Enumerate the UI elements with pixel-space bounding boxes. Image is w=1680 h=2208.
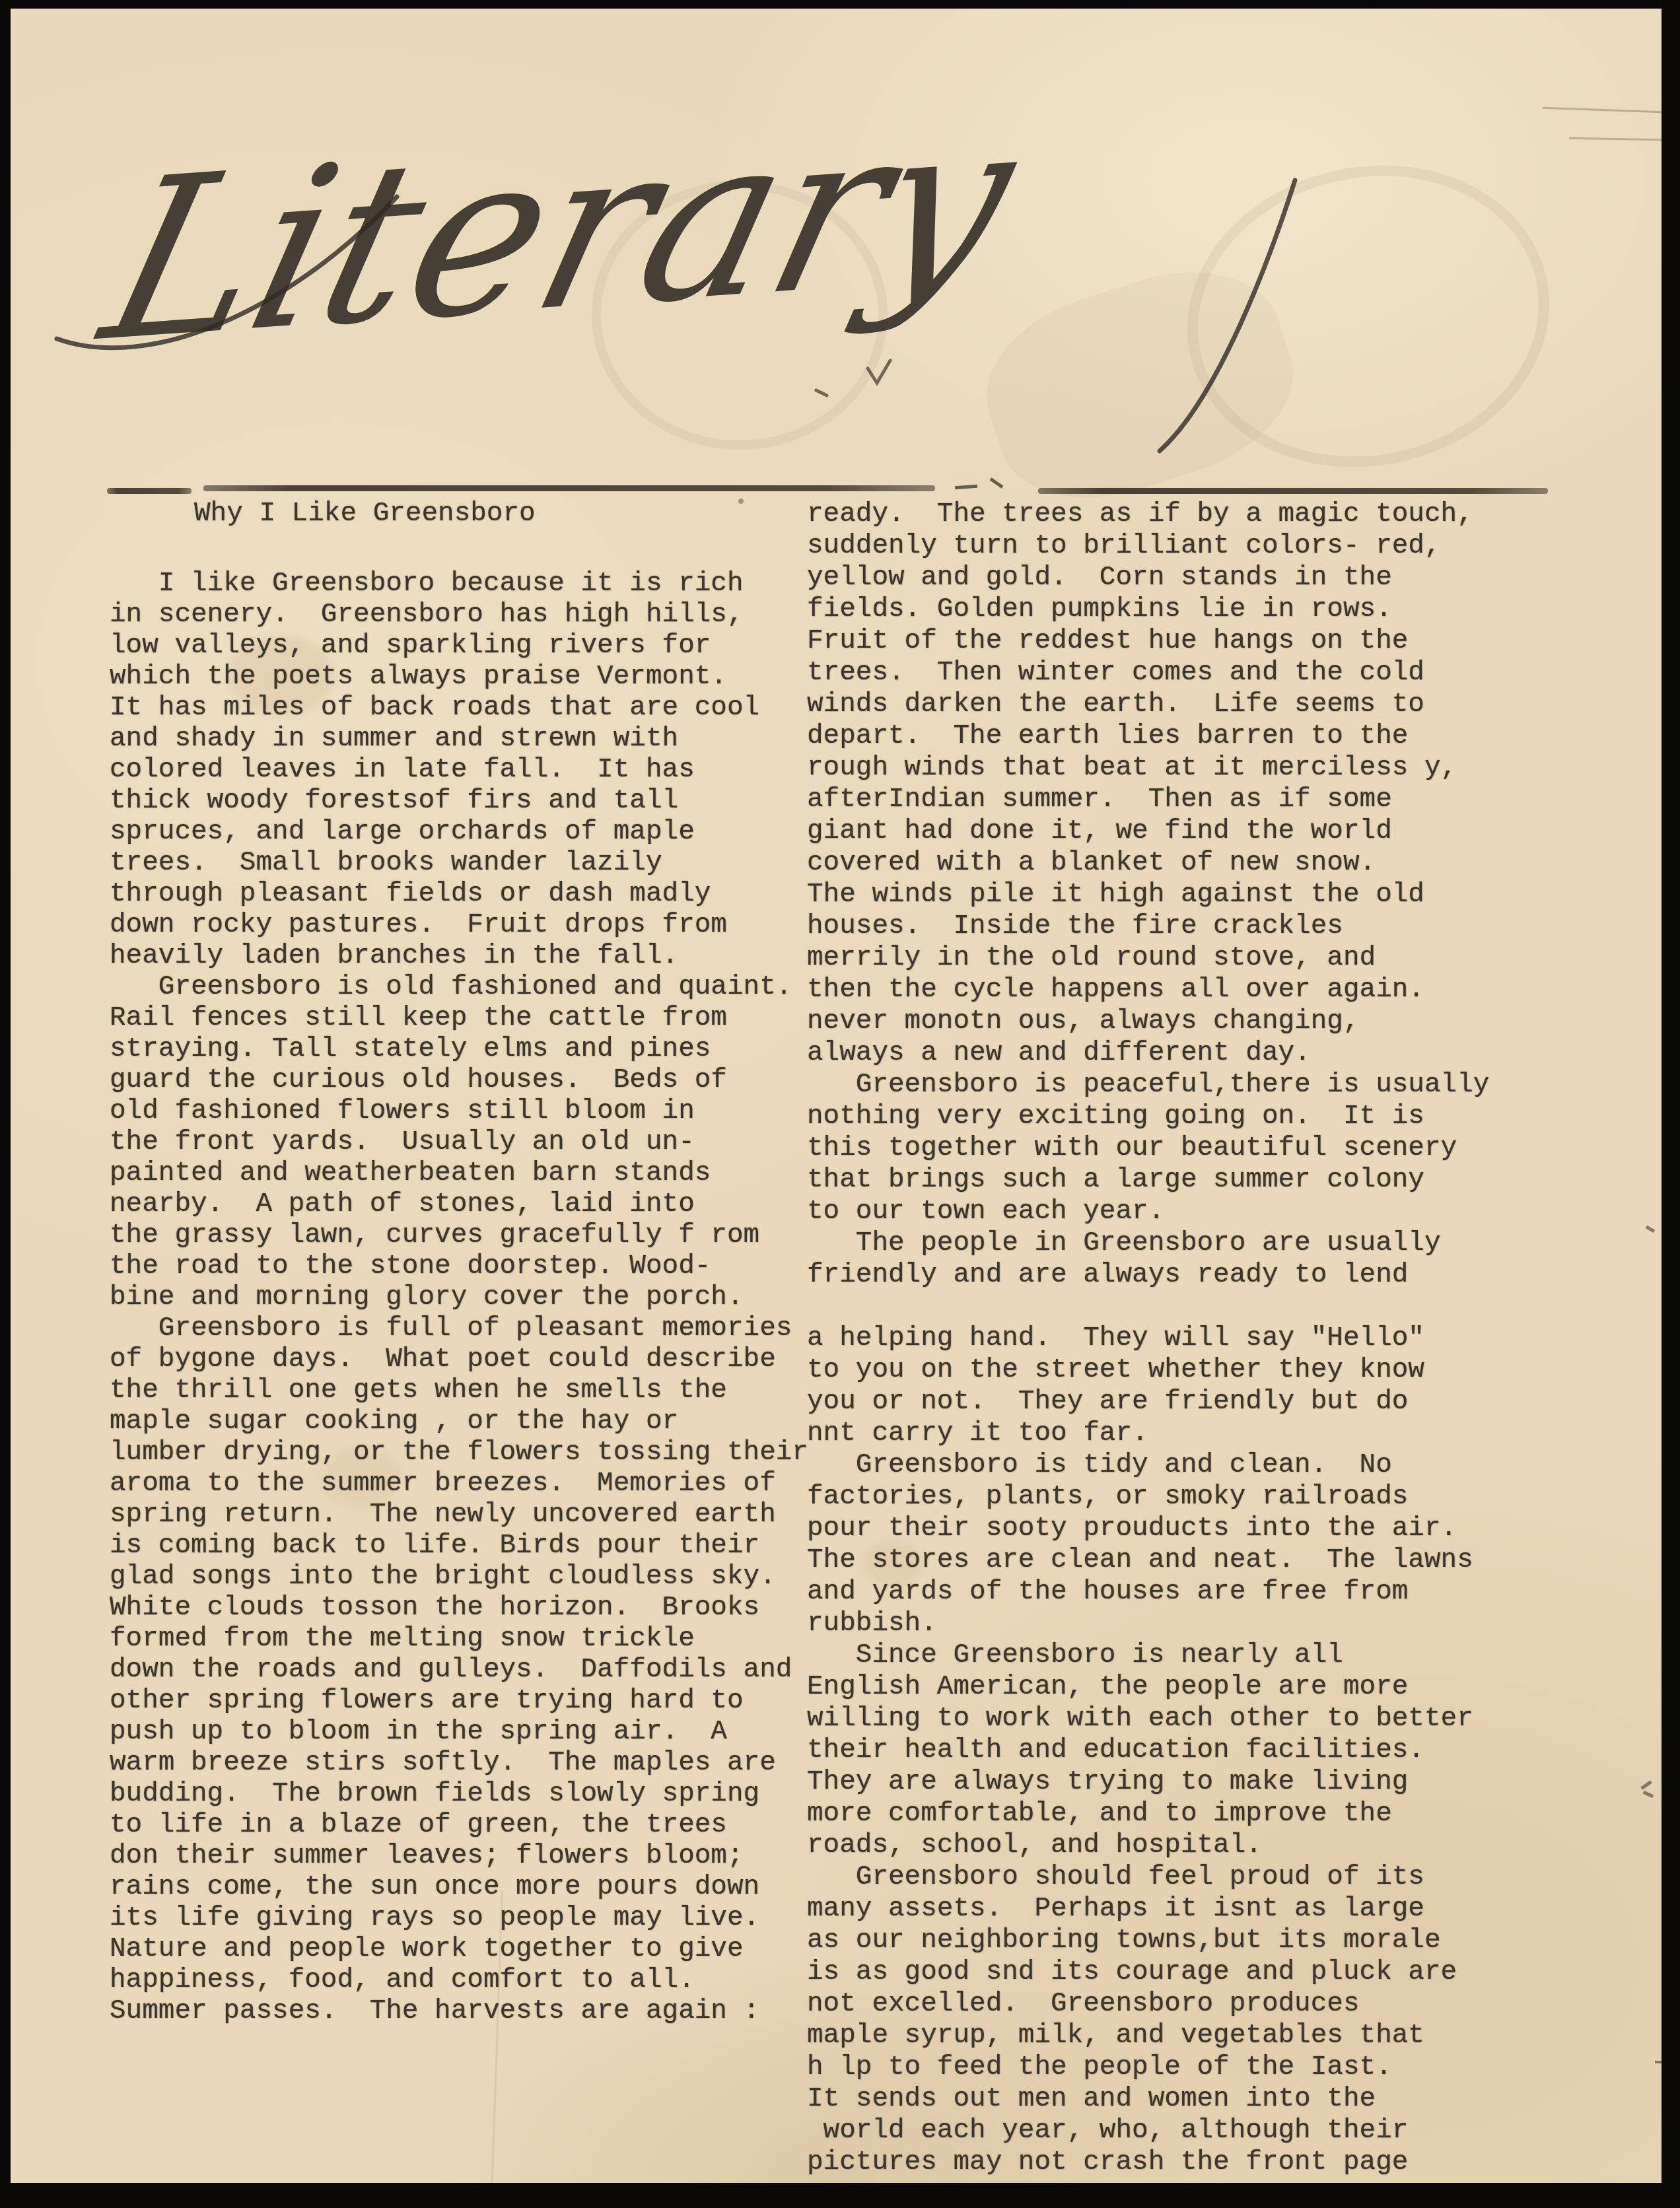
typed-line: is as good snd its courage and pluck are [807,1956,1489,1988]
divider-rule-right [1038,488,1548,494]
typed-line: rains come, the sun once more pours down [110,1872,808,1903]
typed-line: is coming back to life. Birds pour their [110,1531,808,1562]
typed-line: Greensboro is old fashioned and quaint. [110,972,808,1003]
typed-line: a helping hand. They will say "Hello" [807,1323,1489,1354]
typed-line: pictures may not crash the front page [807,2147,1489,2178]
typed-line: as our neighboring towns,but its morale [807,1925,1489,1956]
typed-line: fields. Golden pumpkins lie in rows. [807,594,1489,625]
typed-line: willing to work with each other to bette… [807,1703,1489,1735]
typed-line: trees. Then winter comes and the cold [807,657,1489,689]
typed-line: never monotn ous, always changing, [807,1006,1489,1037]
stray-ink-mark [1655,2061,1662,2063]
article-column-1: I like Greensboro because it is richin s… [110,569,808,2027]
typed-line: which the poets always praise Vermont. [110,662,808,693]
typed-line: happiness, food, and comfort to all. [110,1965,808,1996]
typed-line: I like Greensboro because it is rich [110,569,808,600]
typed-line: always a new and different day. [807,1037,1489,1069]
scan-streak [1543,107,1662,113]
typed-line: bine and morning glory cover the porch. [110,1282,808,1313]
typed-line: formed from the melting snow trickle [110,1624,808,1655]
article-column-2: ready. The trees as if by a magic touch,… [807,499,1489,2178]
typed-line: straying. Tall stately elms and pines [110,1034,808,1065]
typed-line: Greensboro is full of pleasant memories [110,1313,808,1344]
typed-line: factories, plants, or smoky railroads [807,1481,1489,1513]
typed-line: world each year, who, although their [807,2115,1489,2147]
typed-line: merrily in the old round stove, and [807,942,1489,974]
typed-line: to life in a blaze of green, the trees [110,1810,808,1841]
typed-line: and yards of the houses are free from [807,1576,1489,1608]
typed-line: glad songs into the bright cloudless sky… [110,1562,808,1593]
typed-line: other spring flowers are trying hard to [110,1686,808,1717]
typed-line: maple sugar cooking , or the hay or [110,1406,808,1437]
typed-line: Greensboro is peaceful,there is usually [807,1069,1489,1101]
typed-line: Greensboro should feel proud of its [807,1861,1489,1893]
typed-line: yellow and gold. Corn stands in the [807,562,1489,594]
typed-line: roads, school, and hospital. [807,1830,1489,1861]
typed-line: Rail fences still keep the cattle from [110,1003,808,1034]
typed-line: you or not. They are friendly but do [807,1386,1489,1418]
typed-line: to our town each year. [807,1196,1489,1227]
typed-line: not excelled. Greensboro produces [807,1988,1489,2020]
typed-line: painted and weatherbeaten barn stands [110,1158,808,1189]
typed-line: winds darken the earth. Life seems to [807,689,1489,720]
typed-line: their health and education facilities. [807,1735,1489,1766]
typed-line: They are always trying to make living [807,1766,1489,1798]
scan-streak [1569,137,1662,141]
typed-line: and shady in summer and strewn with [110,724,808,755]
scanned-page: Literary Why I Like Greensboro I like Gr… [0,0,1680,2208]
typed-line: h lp to feed the people of the Iast. [807,2052,1489,2083]
typed-line: the grassy lawn, curves gracefully f rom [110,1220,808,1251]
stray-ink-mark [738,499,744,504]
typed-line: Greensboro is tidy and clean. No [807,1449,1489,1481]
article-heading: Why I Like Greensboro [194,499,536,529]
typed-line: nearby. A path of stones, laid into [110,1189,808,1220]
typed-line [807,1291,1489,1323]
typed-line: aroma to the summer breezes. Memories of [110,1468,808,1500]
typed-line: in scenery. Greensboro has high hills, [110,600,808,631]
typed-line: to you on the street whether they know [807,1354,1489,1386]
divider-rule-stub [107,488,192,494]
typed-line: the front yards. Usually an old un- [110,1127,808,1158]
typed-line: nothing very exciting going on. It is [807,1101,1489,1132]
typed-line: that brings such a large summer colony [807,1164,1489,1196]
typed-line: Since Greensboro is nearly all [807,1639,1489,1671]
typed-line: ready. The trees as if by a magic touch, [807,499,1489,530]
divider-rule-left [203,485,935,491]
typed-line: depart. The earth lies barren to the [807,720,1489,752]
divider-gap-mark [990,477,1004,489]
typed-line: old fashioned flowers still bloom in [110,1096,808,1127]
handwritten-title: Literary [37,28,1490,464]
typed-line: The winds pile it high against the old [807,879,1489,911]
typed-line: more comfortable, and to improve the [807,1798,1489,1830]
typed-line: suddenly turn to brilliant colors- red, [807,530,1489,562]
pencil-check-mark [868,361,890,383]
typed-line: the thrill one gets when he smells the [110,1375,808,1406]
stray-ink-mark [1643,1791,1654,1798]
typed-line: budding. The brown fields slowly spring [110,1779,808,1810]
typed-line: many assets. Perhaps it isnt as large [807,1893,1489,1925]
typed-line: down the roads and gulleys. Daffodils an… [110,1655,808,1686]
typed-line: colored leaves in late fall. It has [110,755,808,786]
typed-line: covered with a blanket of new snow. [807,847,1489,879]
divider-gap-mark [955,485,977,489]
typed-line: giant had done it, we find the world [807,815,1489,847]
typed-line: don their summer leaves; flowers bloom; [110,1841,808,1872]
typed-line: Summer passes. The harvests are again : [110,1996,808,2027]
title-flourish-stroke [1160,180,1295,451]
typed-line: maple syrup, milk, and vegetables that [807,2020,1489,2052]
typed-line: pour their sooty prouducts into the air. [807,1513,1489,1544]
typed-line: It has miles of back roads that are cool [110,693,808,724]
stray-ink-mark [1640,1780,1652,1789]
handwritten-title-text: Literary [80,70,1041,392]
typed-line: rubbish. [807,1608,1489,1639]
pencil-tick-mark [816,390,827,396]
paper-sheet: Literary Why I Like Greensboro I like Gr… [11,9,1662,2183]
typed-line: The people in Greensboro are usually [807,1227,1489,1259]
typed-line: lumber drying, or the flowers tossing th… [110,1437,808,1468]
typed-line: warm breeze stirs softly. The maples are [110,1748,808,1779]
typed-line: afterIndian summer. Then as if some [807,784,1489,815]
typed-line: its life giving rays so people may live. [110,1903,808,1934]
typed-line: thick woody forestsof firs and tall [110,786,808,817]
typed-line: the road to the stone doorstep. Wood- [110,1251,808,1282]
typed-line: It sends out men and women into the [807,2083,1489,2115]
typed-line: White clouds tosson the horizon. Brooks [110,1593,808,1624]
typed-line: heavily laden branches in the fall. [110,941,808,972]
typed-line: houses. Inside the fire crackles [807,911,1489,942]
typed-line: low valleys, and sparkling rivers for [110,631,808,662]
typed-line: then the cycle happens all over again. [807,974,1489,1006]
typed-line: spruces, and large orchards of maple [110,817,808,848]
typed-line: rough winds that beat at it merciless y, [807,752,1489,784]
typed-line: this together with our beautiful scenery [807,1132,1489,1164]
typed-line: friendly and are always ready to lend [807,1259,1489,1291]
typed-line: spring return. The newly uncovered earth [110,1500,808,1531]
typed-line: push up to bloom in the spring air. A [110,1717,808,1748]
typed-line: guard the curious old houses. Beds of [110,1065,808,1096]
typed-line: Nature and people work together to give [110,1934,808,1965]
typed-line: Fruit of the reddest hue hangs on the [807,625,1489,657]
typed-line: trees. Small brooks wander lazily [110,848,808,879]
typed-line: nnt carry it too far. [807,1418,1489,1449]
typed-line: through pleasant fields or dash madly [110,879,808,910]
typed-line: down rocky pastures. Fruit drops from [110,910,808,941]
typed-line: The stores are clean and neat. The lawns [807,1544,1489,1576]
typed-line: English American, the people are more [807,1671,1489,1703]
stray-ink-mark [1646,1225,1656,1233]
typed-line: of bygone days. What poet could describe [110,1344,808,1375]
